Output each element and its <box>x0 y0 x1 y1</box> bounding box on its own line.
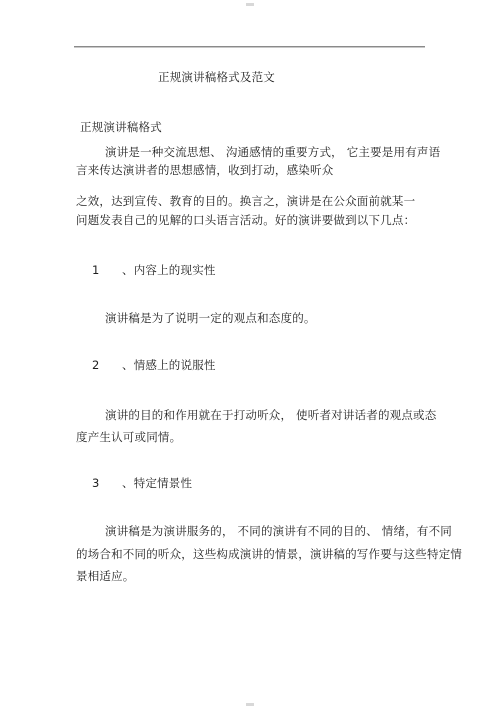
point-number: 1 <box>92 263 122 277</box>
point-2-body-line-1: 演讲的目的和作用就在于打动听众， 使听者对讲话者的观点或态 <box>105 408 436 422</box>
point-heading-text: 、内容上的现实性 <box>122 263 216 277</box>
intro-line-1: 演讲是一种交流思想、 沟通感情的重要方式， 它主要是用有声语 <box>105 145 440 159</box>
point-3-body-line-1: 演讲稿是为演讲服务的， 不同的演讲有不同的目的、 情绪，有不同 <box>105 524 452 538</box>
point-3-body-line-3: 景相适应。 <box>76 569 135 583</box>
point-3-heading: 3、特定情景性 <box>92 476 192 490</box>
page-top-marker <box>246 3 254 6</box>
point-number: 2 <box>92 358 122 372</box>
intro-line-4: 问题发表自己的见解的口头语言活动。好的演讲要做到以下几点： <box>76 213 415 227</box>
point-2-body-line-2: 度产生认可或同情。 <box>76 430 181 444</box>
document-title: 正规演讲稿格式及范文 <box>158 70 275 84</box>
page-bottom-marker <box>246 703 254 706</box>
intro-line-3: 之效，达到宣传、教育的目的。换言之，演讲是在公众面前就某一 <box>76 194 415 208</box>
point-1-body-line-1: 演讲稿是为了说明一定的观点和态度的。 <box>105 311 316 325</box>
point-1-heading: 1、内容上的现实性 <box>92 263 216 277</box>
intro-line-2: 言来传达演讲者的思想感情，收到打动，感染听众 <box>76 163 333 177</box>
point-heading-text: 、情感上的说服性 <box>122 358 216 372</box>
header-rule <box>74 46 425 47</box>
point-heading-text: 、特定情景性 <box>122 476 192 490</box>
section-heading: 正规演讲稿格式 <box>80 120 162 134</box>
point-number: 3 <box>92 476 122 490</box>
point-2-heading: 2、情感上的说服性 <box>92 358 216 372</box>
point-3-body-line-2: 的场合和不同的听众，这些构成演讲的情景，演讲稿的写作要与这些特定情 <box>76 547 462 561</box>
